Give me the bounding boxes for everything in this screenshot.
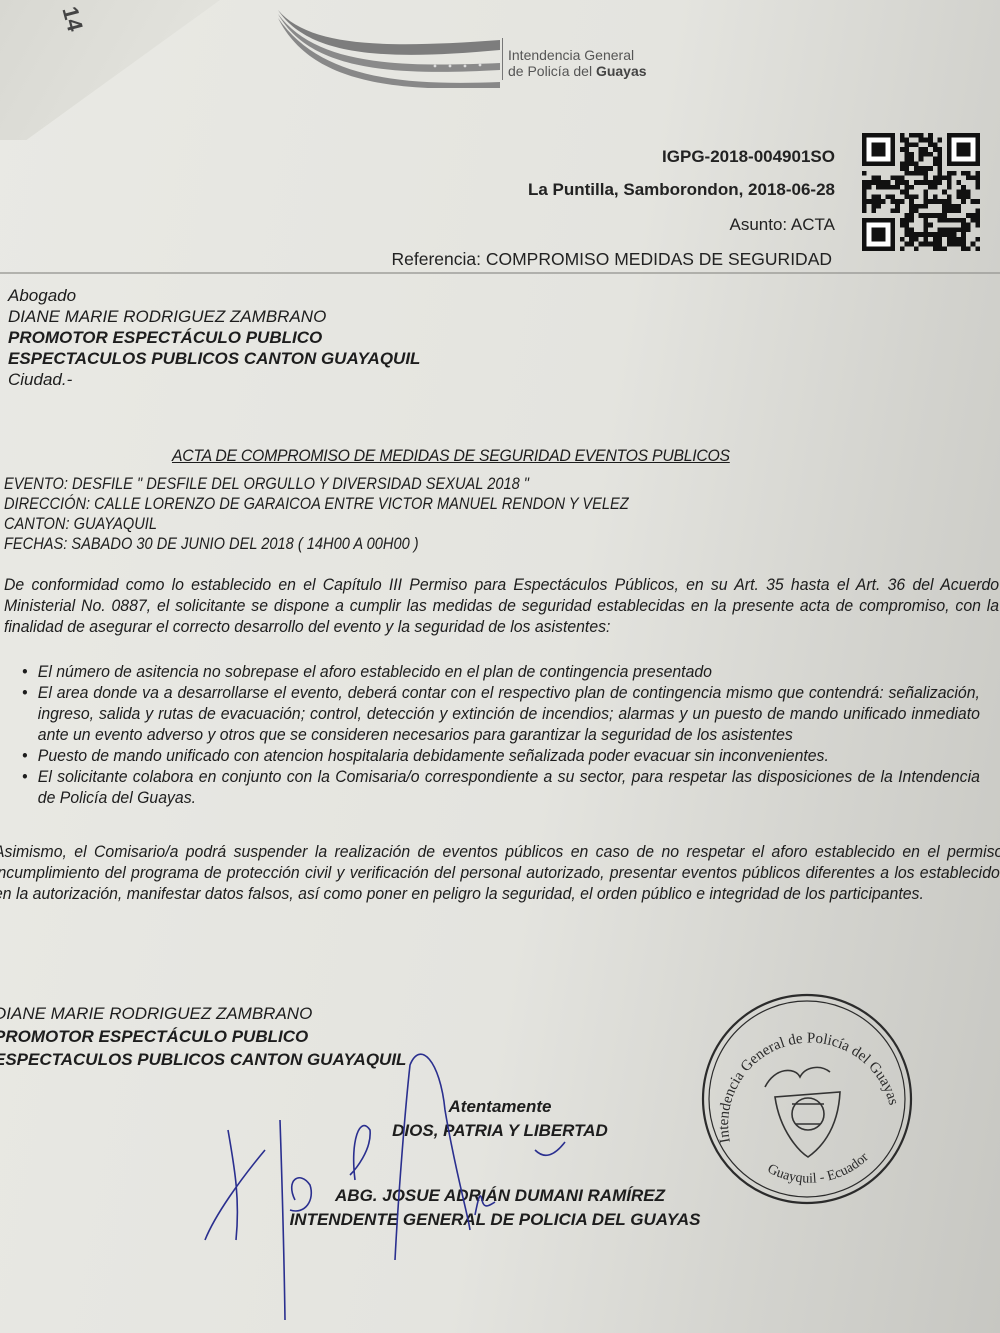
coat-of-arms-icon: [765, 1067, 840, 1157]
recipient-role: PROMOTOR ESPECTÁCULO PUBLICO: [8, 327, 420, 348]
official-stamp: Intendencia General de Policía del Guaya…: [700, 992, 915, 1207]
document-code: IGPG-2018-004901SO: [662, 147, 835, 167]
recipient-city: Ciudad.-: [8, 369, 420, 390]
promoter-org: ESPECTACULOS PUBLICOS CANTON GUAYAQUIL: [0, 1048, 406, 1071]
list-item: El número de asitencia no sobrepase el a…: [22, 661, 980, 682]
recipient-block: Abogado DIANE MARIE RODRIGUEZ ZAMBRANO P…: [8, 285, 420, 390]
stamp-ring-bottom: Guayquil - Ecuador: [765, 1150, 872, 1187]
event-name: EVENTO: DESFILE " DESFILE DEL ORGULLO Y …: [4, 474, 629, 494]
signer-name: ABG. JOSUE ADRIÁN DUMANI RAMÍREZ: [290, 1186, 710, 1206]
recipient-org: ESPECTACULOS PUBLICOS CANTON GUAYAQUIL: [8, 348, 420, 369]
stamp-ring-top: Intendencia General de Policía del Guaya…: [716, 1031, 901, 1145]
page-fold-line: [0, 272, 1000, 274]
motto: DIOS, PATRIA Y LIBERTAD: [300, 1121, 700, 1141]
letterhead-line2-prefix: de Policía del: [508, 63, 596, 79]
intendencia-logo-icon: [270, 8, 510, 88]
place-date: La Puntilla, Samborondon, 2018-06-28: [528, 180, 835, 200]
underlying-page-corner: [0, 0, 220, 140]
list-item: El solicitante colabora en conjunto con …: [22, 766, 980, 808]
event-dates: FECHAS: SABADO 30 DE JUNIO DEL 2018 ( 14…: [4, 534, 629, 554]
event-canton: CANTON: GUAYAQUIL: [4, 514, 629, 534]
salutation: Atentamente: [300, 1097, 700, 1117]
logo-divider: [502, 38, 503, 80]
reference: Referencia: COMPROMISO MEDIDAS DE SEGURI…: [392, 249, 833, 270]
closing-paragraph: Asimismo, el Comisario/a podrá suspender…: [0, 841, 1000, 904]
list-item: Puesto de mando unificado con atencion h…: [22, 745, 980, 766]
security-measures-list: El número de asitencia no sobrepase el a…: [22, 661, 980, 808]
letterhead-line2: de Policía del Guayas: [508, 63, 647, 79]
recipient-title: Abogado: [8, 285, 420, 306]
qr-code-icon: [862, 133, 980, 251]
signer-title: INTENDENTE GENERAL DE POLICIA DEL GUAYAS: [240, 1210, 750, 1230]
event-address: DIRECCIÓN: CALLE LORENZO DE GARAICOA ENT…: [4, 494, 629, 514]
list-item: El area donde va a desarrollarse el even…: [22, 682, 980, 745]
intro-paragraph: De conformidad como lo establecido en el…: [4, 574, 999, 637]
letterhead-line2-bold: Guayas: [596, 63, 647, 79]
event-details: EVENTO: DESFILE " DESFILE DEL ORGULLO Y …: [4, 474, 629, 554]
letterhead-text: Intendencia General de Policía del Guaya…: [508, 47, 647, 79]
promoter-name: DIANE MARIE RODRIGUEZ ZAMBRANO: [0, 1002, 406, 1025]
promoter-role: PROMOTOR ESPECTÁCULO PUBLICO: [0, 1025, 406, 1048]
subject: Asunto: ACTA: [729, 215, 835, 235]
letterhead-line1: Intendencia General: [508, 47, 647, 63]
promoter-signature-block: DIANE MARIE RODRIGUEZ ZAMBRANO PROMOTOR …: [0, 1002, 406, 1071]
recipient-name: DIANE MARIE RODRIGUEZ ZAMBRANO: [8, 306, 420, 327]
acta-title: ACTA DE COMPROMISO DE MEDIDAS DE SEGURID…: [172, 446, 730, 466]
